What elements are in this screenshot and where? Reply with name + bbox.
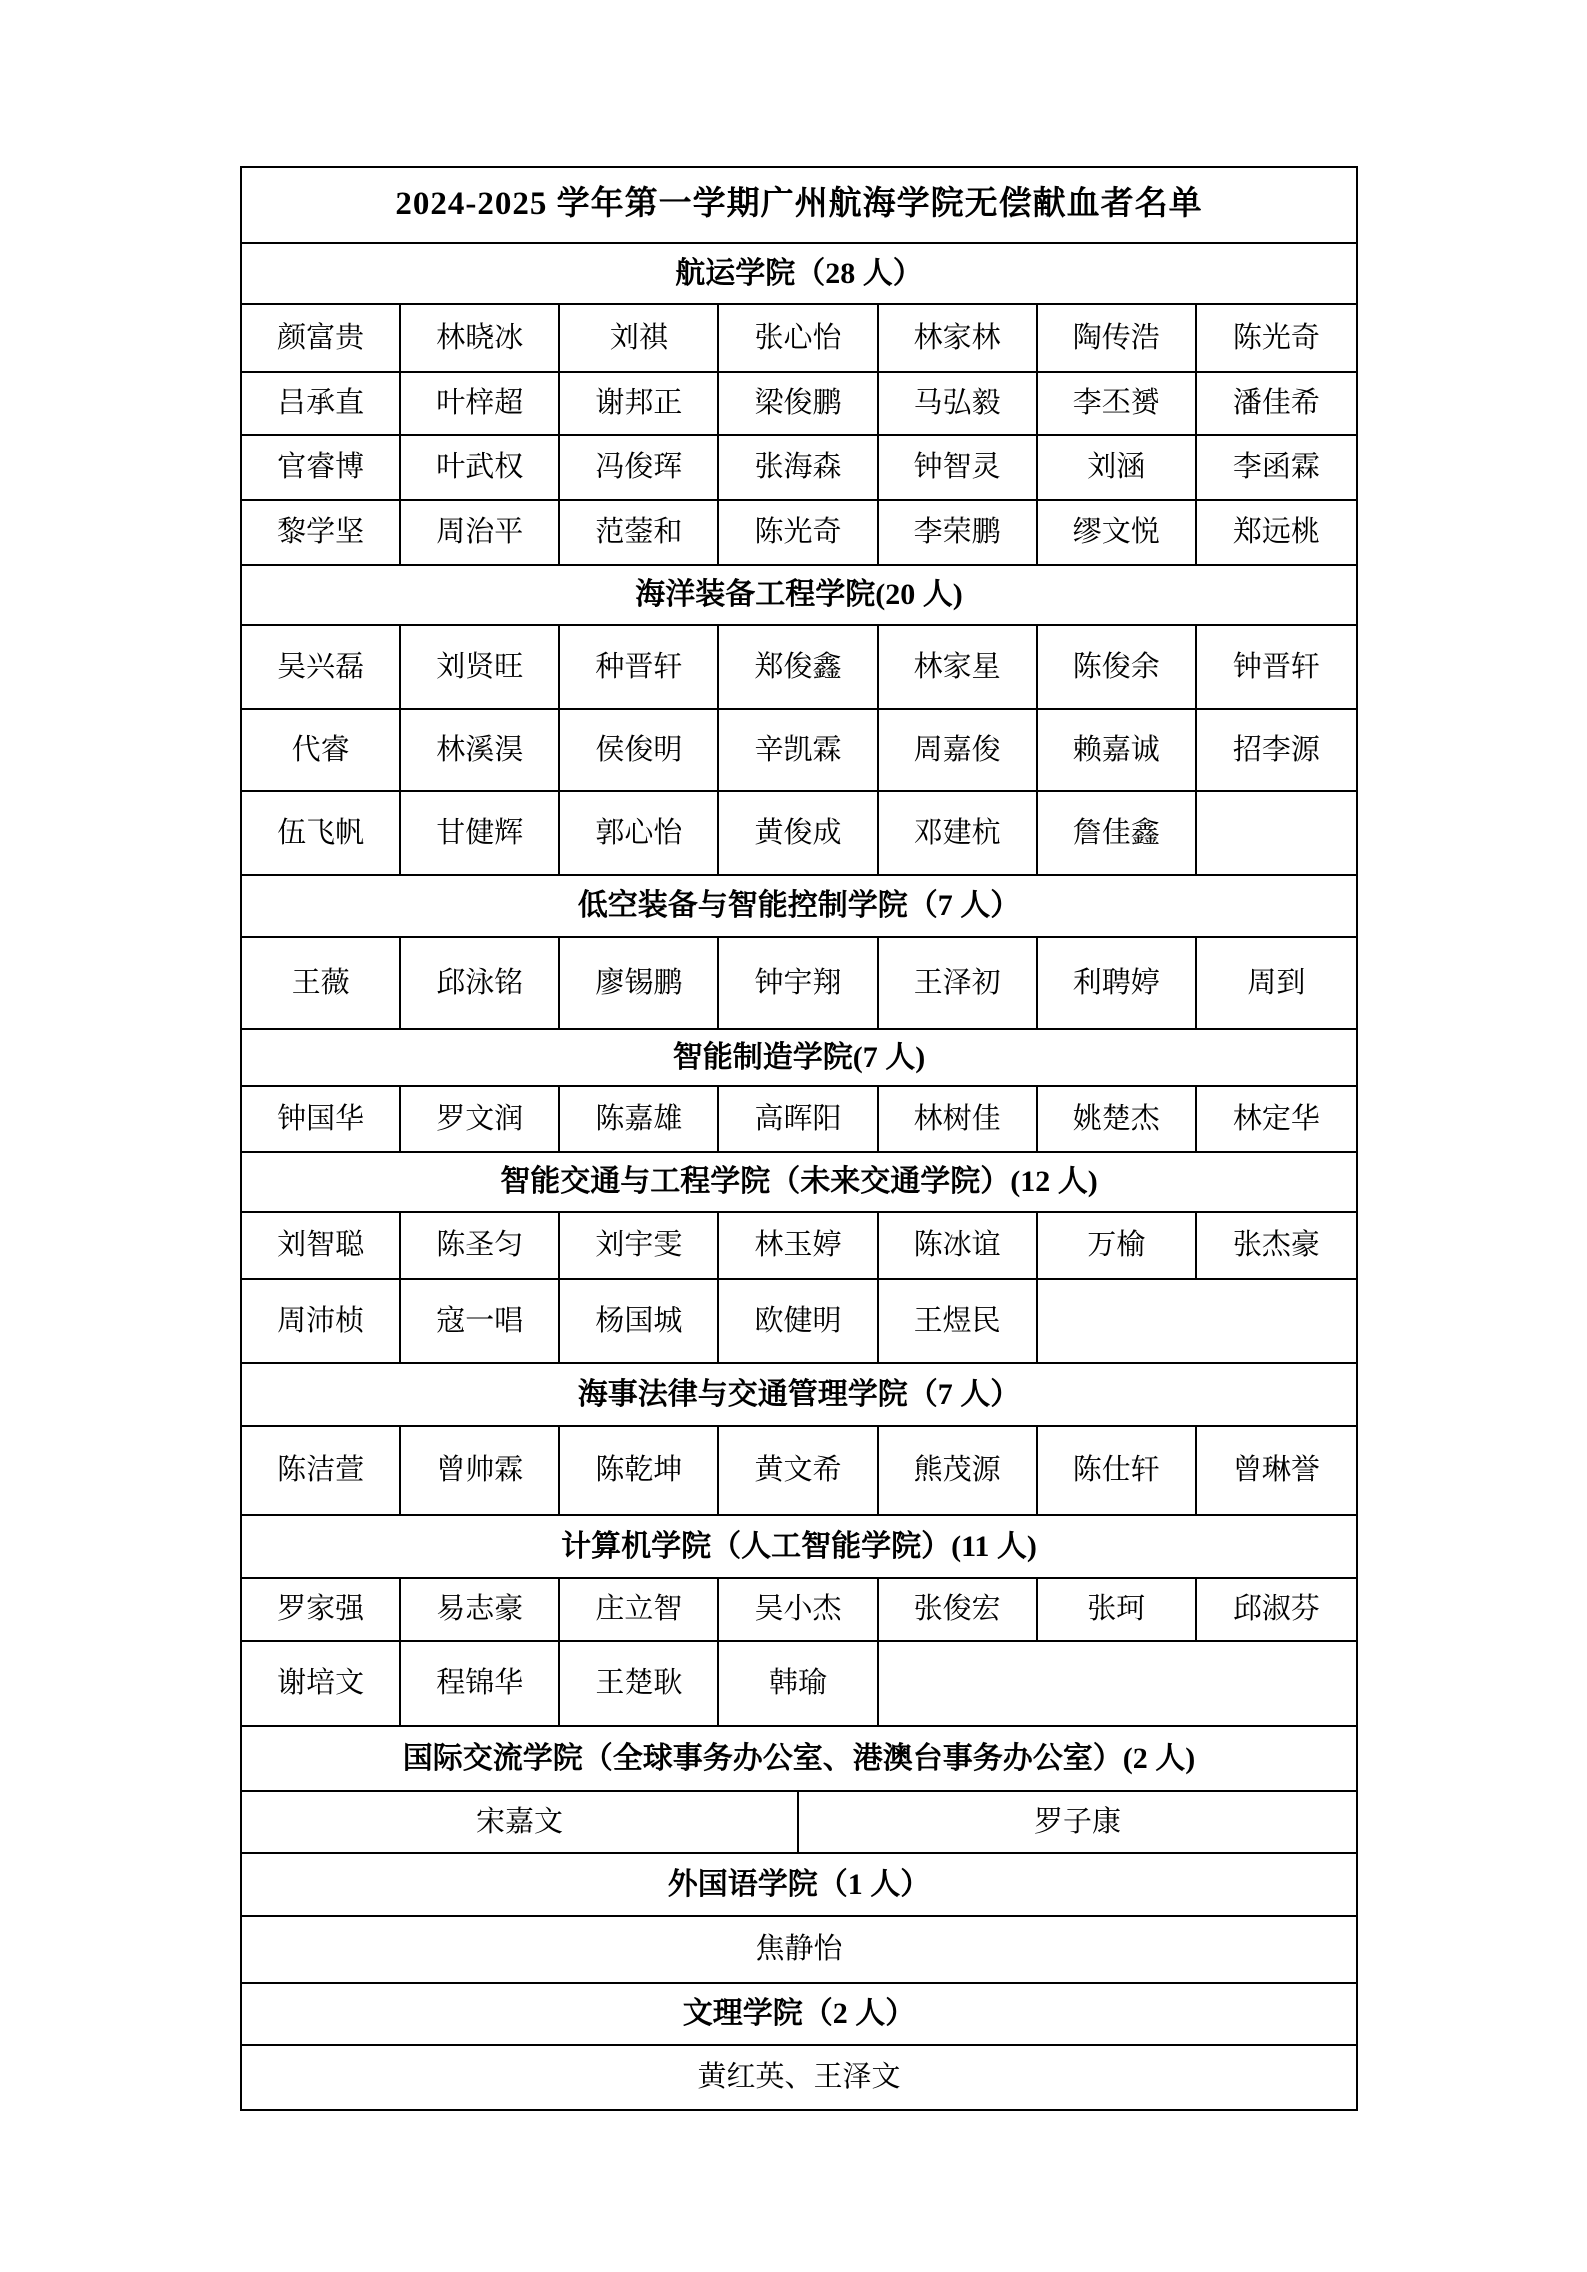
donor-name-cell: 周治平 (401, 501, 560, 564)
donor-name-cell: 陈光奇 (1197, 305, 1356, 371)
donor-name-cell: 陶传浩 (1038, 305, 1197, 371)
donor-name-cell: 郑远桃 (1197, 501, 1356, 564)
table-row-header: 智能交通与工程学院（未来交通学院）(12 人) (242, 1153, 1356, 1213)
donor-name-cell: 刘智聪 (242, 1213, 401, 1278)
table-row-full: 黄红英、王泽文 (242, 2046, 1356, 2109)
table-row-names: 钟国华罗文润陈嘉雄高晖阳林树佳姚楚杰林定华 (242, 1087, 1356, 1153)
document-title: 2024-2025 学年第一学期广州航海学院无偿献血者名单 (242, 168, 1356, 242)
donor-name-cell: 陈乾坤 (560, 1427, 719, 1514)
donor-name-cell: 罗子康 (799, 1792, 1356, 1852)
donor-name-cell: 张心怡 (719, 305, 878, 371)
donor-name-cell: 易志豪 (401, 1579, 560, 1640)
blood-donor-table: 2024-2025 学年第一学期广州航海学院无偿献血者名单航运学院（28 人）颜… (240, 166, 1358, 2111)
table-row-header: 海洋装备工程学院(20 人) (242, 566, 1356, 626)
donor-name-cell: 甘健辉 (401, 792, 560, 874)
donor-name-cell: 辛凯霖 (719, 710, 878, 790)
donor-name-cell: 高晖阳 (719, 1087, 878, 1151)
donor-name-cell: 叶梓超 (401, 373, 560, 434)
donor-name-cell: 黎学坚 (242, 501, 401, 564)
donor-name-cell: 代睿 (242, 710, 401, 790)
donor-name-cell: 张杰豪 (1197, 1213, 1356, 1278)
donor-name-cell: 王薇 (242, 938, 401, 1028)
section-header: 智能交通与工程学院（未来交通学院）(12 人) (242, 1153, 1356, 1211)
donor-name-cell: 林定华 (1197, 1087, 1356, 1151)
table-row-names: 代睿林溪淏侯俊明辛凯霖周嘉俊赖嘉诚招李源 (242, 710, 1356, 792)
section-header: 海事法律与交通管理学院（7 人） (242, 1364, 1356, 1425)
donor-name-cell: 李荣鹏 (879, 501, 1038, 564)
donor-name-cell: 张珂 (1038, 1579, 1197, 1640)
donor-name-cell: 叶武权 (401, 436, 560, 499)
table-row-header: 外国语学院（1 人） (242, 1854, 1356, 1917)
donor-name-cell: 赖嘉诚 (1038, 710, 1197, 790)
table-row-header: 低空装备与智能控制学院（7 人） (242, 876, 1356, 938)
donor-name-cell: 刘贤旺 (401, 626, 560, 708)
donor-name-cell: 林玉婷 (719, 1213, 878, 1278)
donor-name-cell: 廖锡鹏 (560, 938, 719, 1028)
donor-name-cell: 林家星 (879, 626, 1038, 708)
table-row-names: 吕承直叶梓超谢邦正梁俊鹏马弘毅李丕赟潘佳希 (242, 373, 1356, 436)
empty-cell (1038, 1280, 1356, 1362)
donor-name-cell: 黄文希 (719, 1427, 878, 1514)
donor-name-cell: 邓建杭 (879, 792, 1038, 874)
donor-name-cell: 邱泳铭 (401, 938, 560, 1028)
donor-name-cell: 熊茂源 (879, 1427, 1038, 1514)
donor-name-cell: 周嘉俊 (879, 710, 1038, 790)
donor-name-cell: 利聘婷 (1038, 938, 1197, 1028)
table-row-names: 刘智聪陈圣匀刘宇雯林玉婷陈冰谊万榆张杰豪 (242, 1213, 1356, 1280)
donor-name-cell: 韩瑜 (719, 1642, 878, 1725)
table-row-header: 智能制造学院(7 人) (242, 1030, 1356, 1087)
donor-name-cell: 林晓冰 (401, 305, 560, 371)
donor-name-cell: 姚楚杰 (1038, 1087, 1197, 1151)
table-row-names: 颜富贵林晓冰刘祺张心怡林家林陶传浩陈光奇 (242, 305, 1356, 373)
donor-name-cell: 范蓥和 (560, 501, 719, 564)
donor-name-cell: 陈仕轩 (1038, 1427, 1197, 1514)
donor-name-cell: 林树佳 (879, 1087, 1038, 1151)
donor-name-cell: 程锦华 (401, 1642, 560, 1725)
donor-name-cell: 王煜民 (879, 1280, 1038, 1362)
donor-name-cell: 潘佳希 (1197, 373, 1356, 434)
donor-name-cell: 詹佳鑫 (1038, 792, 1197, 874)
table-row-names: 伍飞帆甘健辉郭心怡黄俊成邓建杭詹佳鑫 (242, 792, 1356, 876)
donor-name-cell: 万榆 (1038, 1213, 1197, 1278)
donor-name-cell: 刘涵 (1038, 436, 1197, 499)
donor-name-cell: 郑俊鑫 (719, 626, 878, 708)
table-row-names: 吴兴磊刘贤旺种晋轩郑俊鑫林家星陈俊余钟晋轩 (242, 626, 1356, 710)
donor-name-cell: 颜富贵 (242, 305, 401, 371)
section-header: 文理学院（2 人） (242, 1984, 1356, 2044)
donor-name-cell: 钟智灵 (879, 436, 1038, 499)
donor-name-cell: 寇一唱 (401, 1280, 560, 1362)
donor-name-cell: 吴兴磊 (242, 626, 401, 708)
donor-name-cell: 吕承直 (242, 373, 401, 434)
donor-name-cell: 陈俊余 (1038, 626, 1197, 708)
table-row-header: 航运学院（28 人） (242, 244, 1356, 305)
section-header: 海洋装备工程学院(20 人) (242, 566, 1356, 624)
section-header: 低空装备与智能控制学院（7 人） (242, 876, 1356, 936)
empty-cell (879, 1642, 1356, 1725)
donor-name-cell: 谢培文 (242, 1642, 401, 1725)
donor-name-cell: 庄立智 (560, 1579, 719, 1640)
table-row-names: 黎学坚周治平范蓥和陈光奇李荣鹏缪文悦郑远桃 (242, 501, 1356, 566)
section-header: 国际交流学院（全球事务办公室、港澳台事务办公室）(2 人) (242, 1727, 1356, 1790)
table-row-header: 文理学院（2 人） (242, 1984, 1356, 2046)
donor-name-cell: 侯俊明 (560, 710, 719, 790)
donor-name-cell: 钟国华 (242, 1087, 401, 1151)
donor-name-cell: 周到 (1197, 938, 1356, 1028)
donor-name-cell: 周沛桢 (242, 1280, 401, 1362)
donor-name-cell: 官睿博 (242, 436, 401, 499)
donor-name-cell: 黄红英、王泽文 (242, 2046, 1356, 2109)
table-row-names: 陈洁萱曾帅霖陈乾坤黄文希熊茂源陈仕轩曾琳誉 (242, 1427, 1356, 1516)
table-row-full: 焦静怡 (242, 1917, 1356, 1984)
donor-name-cell: 欧健明 (719, 1280, 878, 1362)
table-row-header: 国际交流学院（全球事务办公室、港澳台事务办公室）(2 人) (242, 1727, 1356, 1792)
donor-name-cell: 谢邦正 (560, 373, 719, 434)
donor-name-cell: 陈冰谊 (879, 1213, 1038, 1278)
donor-name-cell: 罗家强 (242, 1579, 401, 1640)
donor-name-cell: 王泽初 (879, 938, 1038, 1028)
table-row-names: 王薇邱泳铭廖锡鹏钟宇翔王泽初利聘婷周到 (242, 938, 1356, 1030)
donor-name-cell: 招李源 (1197, 710, 1356, 790)
table-row-header: 计算机学院（人工智能学院）(11 人) (242, 1516, 1356, 1579)
donor-name-cell: 马弘毅 (879, 373, 1038, 434)
section-header: 智能制造学院(7 人) (242, 1030, 1356, 1085)
donor-name-cell: 冯俊珲 (560, 436, 719, 499)
donor-name-cell: 曾帅霖 (401, 1427, 560, 1514)
table-row-names: 谢培文程锦华王楚耿韩瑜 (242, 1642, 1356, 1727)
donor-name-cell: 梁俊鹏 (719, 373, 878, 434)
donor-name-cell: 宋嘉文 (242, 1792, 799, 1852)
table-row-names: 官睿博叶武权冯俊珲张海森钟智灵刘涵李函霖 (242, 436, 1356, 501)
empty-cell (1197, 792, 1356, 874)
section-header: 计算机学院（人工智能学院）(11 人) (242, 1516, 1356, 1577)
section-header: 航运学院（28 人） (242, 244, 1356, 303)
donor-name-cell: 李函霖 (1197, 436, 1356, 499)
donor-name-cell: 黄俊成 (719, 792, 878, 874)
donor-name-cell: 郭心怡 (560, 792, 719, 874)
donor-name-cell: 缪文悦 (1038, 501, 1197, 564)
donor-name-cell: 吴小杰 (719, 1579, 878, 1640)
table-row-names: 罗家强易志豪庄立智吴小杰张俊宏张珂邱淑芬 (242, 1579, 1356, 1642)
donor-name-cell: 刘祺 (560, 305, 719, 371)
donor-name-cell: 焦静怡 (242, 1917, 1356, 1982)
donor-name-cell: 陈嘉雄 (560, 1087, 719, 1151)
donor-name-cell: 曾琳誉 (1197, 1427, 1356, 1514)
donor-name-cell: 林溪淏 (401, 710, 560, 790)
donor-name-cell: 钟晋轩 (1197, 626, 1356, 708)
table-row-split: 宋嘉文罗子康 (242, 1792, 1356, 1854)
donor-name-cell: 刘宇雯 (560, 1213, 719, 1278)
donor-name-cell: 陈光奇 (719, 501, 878, 564)
donor-name-cell: 林家林 (879, 305, 1038, 371)
donor-name-cell: 李丕赟 (1038, 373, 1197, 434)
donor-name-cell: 王楚耿 (560, 1642, 719, 1725)
donor-name-cell: 张海森 (719, 436, 878, 499)
donor-name-cell: 罗文润 (401, 1087, 560, 1151)
table-row-title: 2024-2025 学年第一学期广州航海学院无偿献血者名单 (242, 168, 1356, 244)
donor-name-cell: 伍飞帆 (242, 792, 401, 874)
donor-name-cell: 陈洁萱 (242, 1427, 401, 1514)
section-header: 外国语学院（1 人） (242, 1854, 1356, 1915)
table-row-header: 海事法律与交通管理学院（7 人） (242, 1364, 1356, 1427)
donor-name-cell: 张俊宏 (879, 1579, 1038, 1640)
donor-name-cell: 杨国城 (560, 1280, 719, 1362)
table-row-names: 周沛桢寇一唱杨国城欧健明王煜民 (242, 1280, 1356, 1364)
donor-name-cell: 钟宇翔 (719, 938, 878, 1028)
donor-name-cell: 陈圣匀 (401, 1213, 560, 1278)
donor-name-cell: 种晋轩 (560, 626, 719, 708)
donor-name-cell: 邱淑芬 (1197, 1579, 1356, 1640)
